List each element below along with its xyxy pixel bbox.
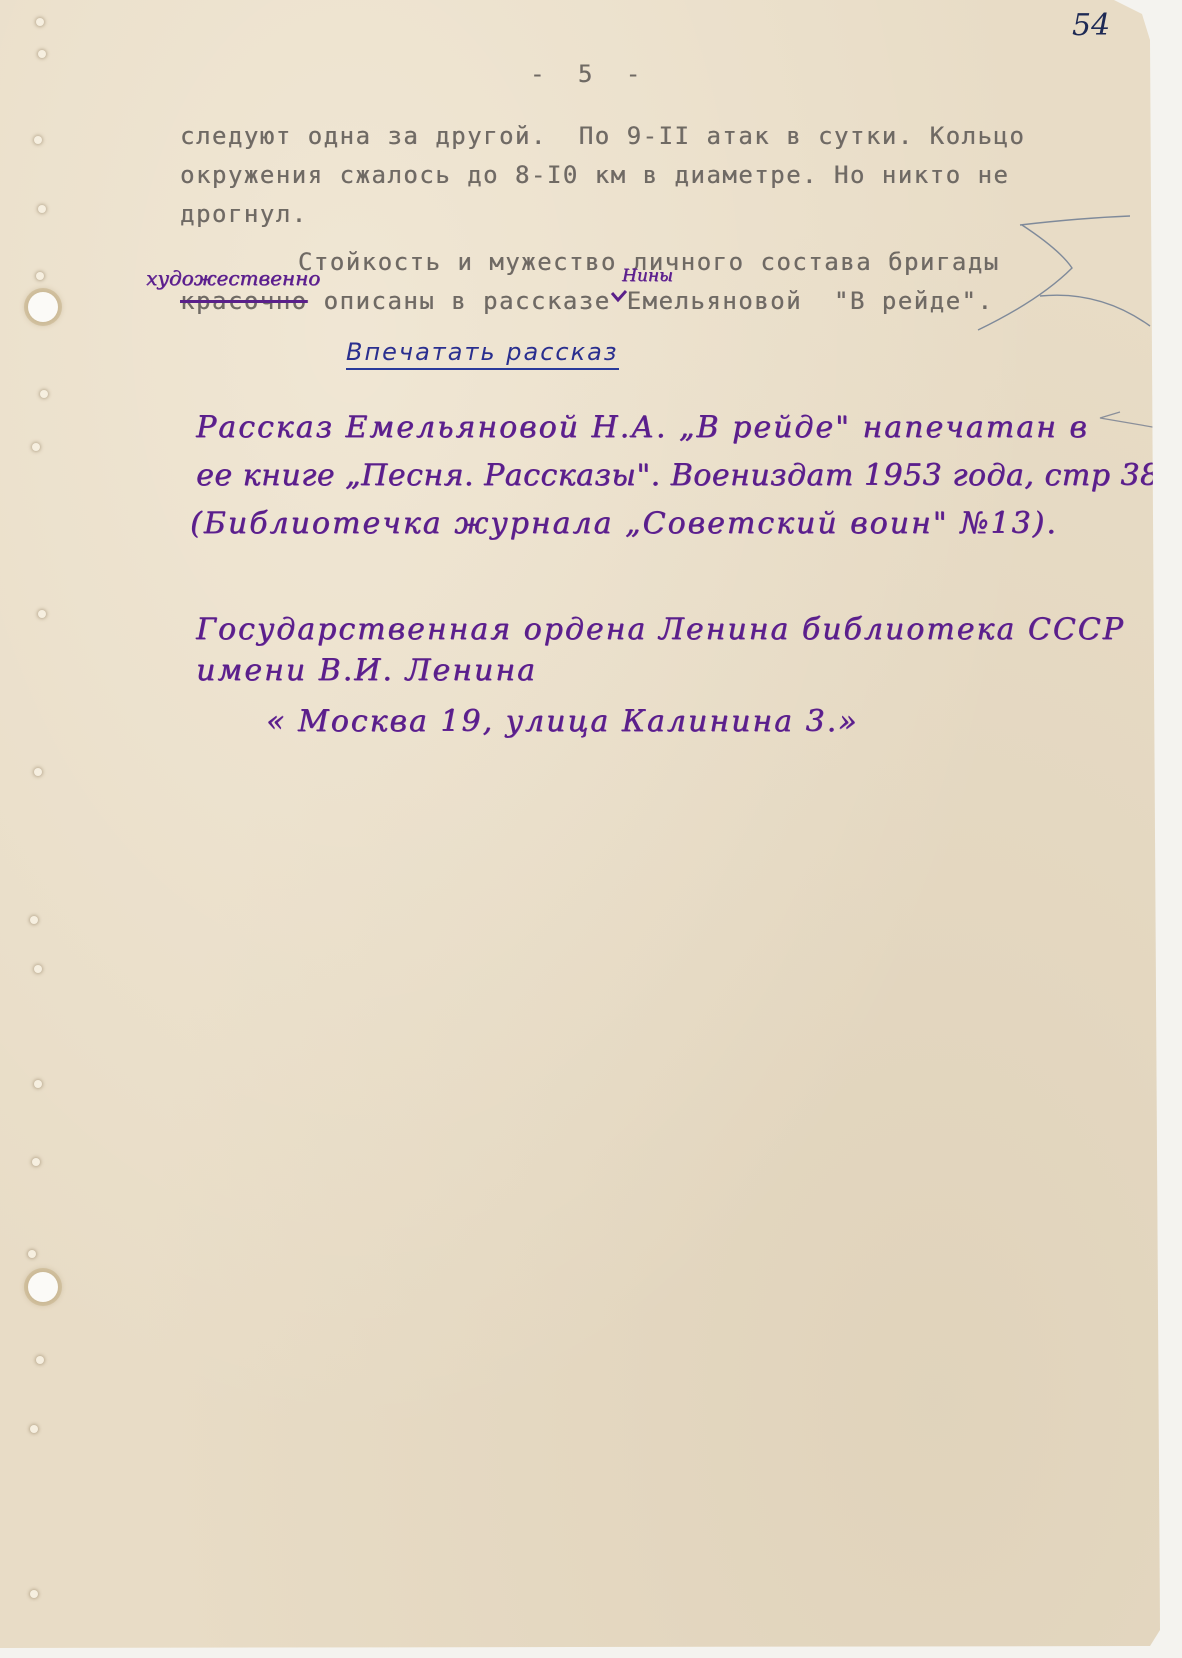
punch-hole-top — [28, 292, 58, 322]
binding-mark — [30, 1590, 38, 1598]
binding-mark — [36, 18, 44, 26]
struck-word: красочно — [180, 287, 308, 315]
binding-mark — [38, 205, 46, 213]
binding-mark — [36, 272, 44, 280]
folio-number: 54 — [1072, 8, 1110, 43]
page-number: - 5 - — [530, 60, 642, 88]
handwritten-note-line-3: (Библиотечка журнала „Советский воин" №1… — [190, 506, 1058, 541]
binding-mark — [34, 1080, 42, 1088]
binding-mark — [34, 136, 42, 144]
handwritten-note-line-1: Рассказ Емельяновой Н.А. „В рейде" напеч… — [196, 410, 1089, 445]
instruction-note: Впечатать рассказ — [346, 338, 619, 370]
binding-mark — [30, 1425, 38, 1433]
typed-paragraph2-line-2: красочно описаны в рассказе Емельяновой … — [180, 287, 993, 315]
binding-mark — [28, 1250, 36, 1258]
binding-mark — [32, 443, 40, 451]
typed-line-1: следуют одна за другой. По 9-II атак в с… — [180, 122, 1025, 150]
binding-mark — [38, 610, 46, 618]
binding-mark — [40, 390, 48, 398]
library-note-line-1: Государственная ордена Ленина библиотека… — [196, 612, 1125, 647]
handwritten-insert-nina: Нины — [622, 266, 673, 286]
library-note-line-3: « Москва 19, улица Калинина 3.» — [266, 704, 858, 739]
binding-mark — [30, 916, 38, 924]
document-page: 54 - 5 - следуют одна за другой. По 9-II… — [0, 0, 1168, 1648]
typed-line-3: дрогнул. — [180, 200, 308, 228]
binding-mark — [34, 768, 42, 776]
typed-text: описаны в рассказе — [308, 287, 627, 315]
library-note-line-2: имени В.И. Ленина — [196, 653, 537, 688]
binding-mark — [38, 50, 46, 58]
binding-mark — [36, 1356, 44, 1364]
typed-author: Емельяновой "В рейде". — [627, 287, 994, 315]
typed-line-2: окружения сжалось до 8-I0 км в диаметре.… — [180, 161, 1009, 189]
punch-hole-bottom — [28, 1272, 58, 1302]
handwritten-note-line-2: ее книге „Песня. Рассказы". Воениздат 19… — [196, 458, 1182, 493]
binding-mark — [34, 965, 42, 973]
binding-mark — [32, 1158, 40, 1166]
